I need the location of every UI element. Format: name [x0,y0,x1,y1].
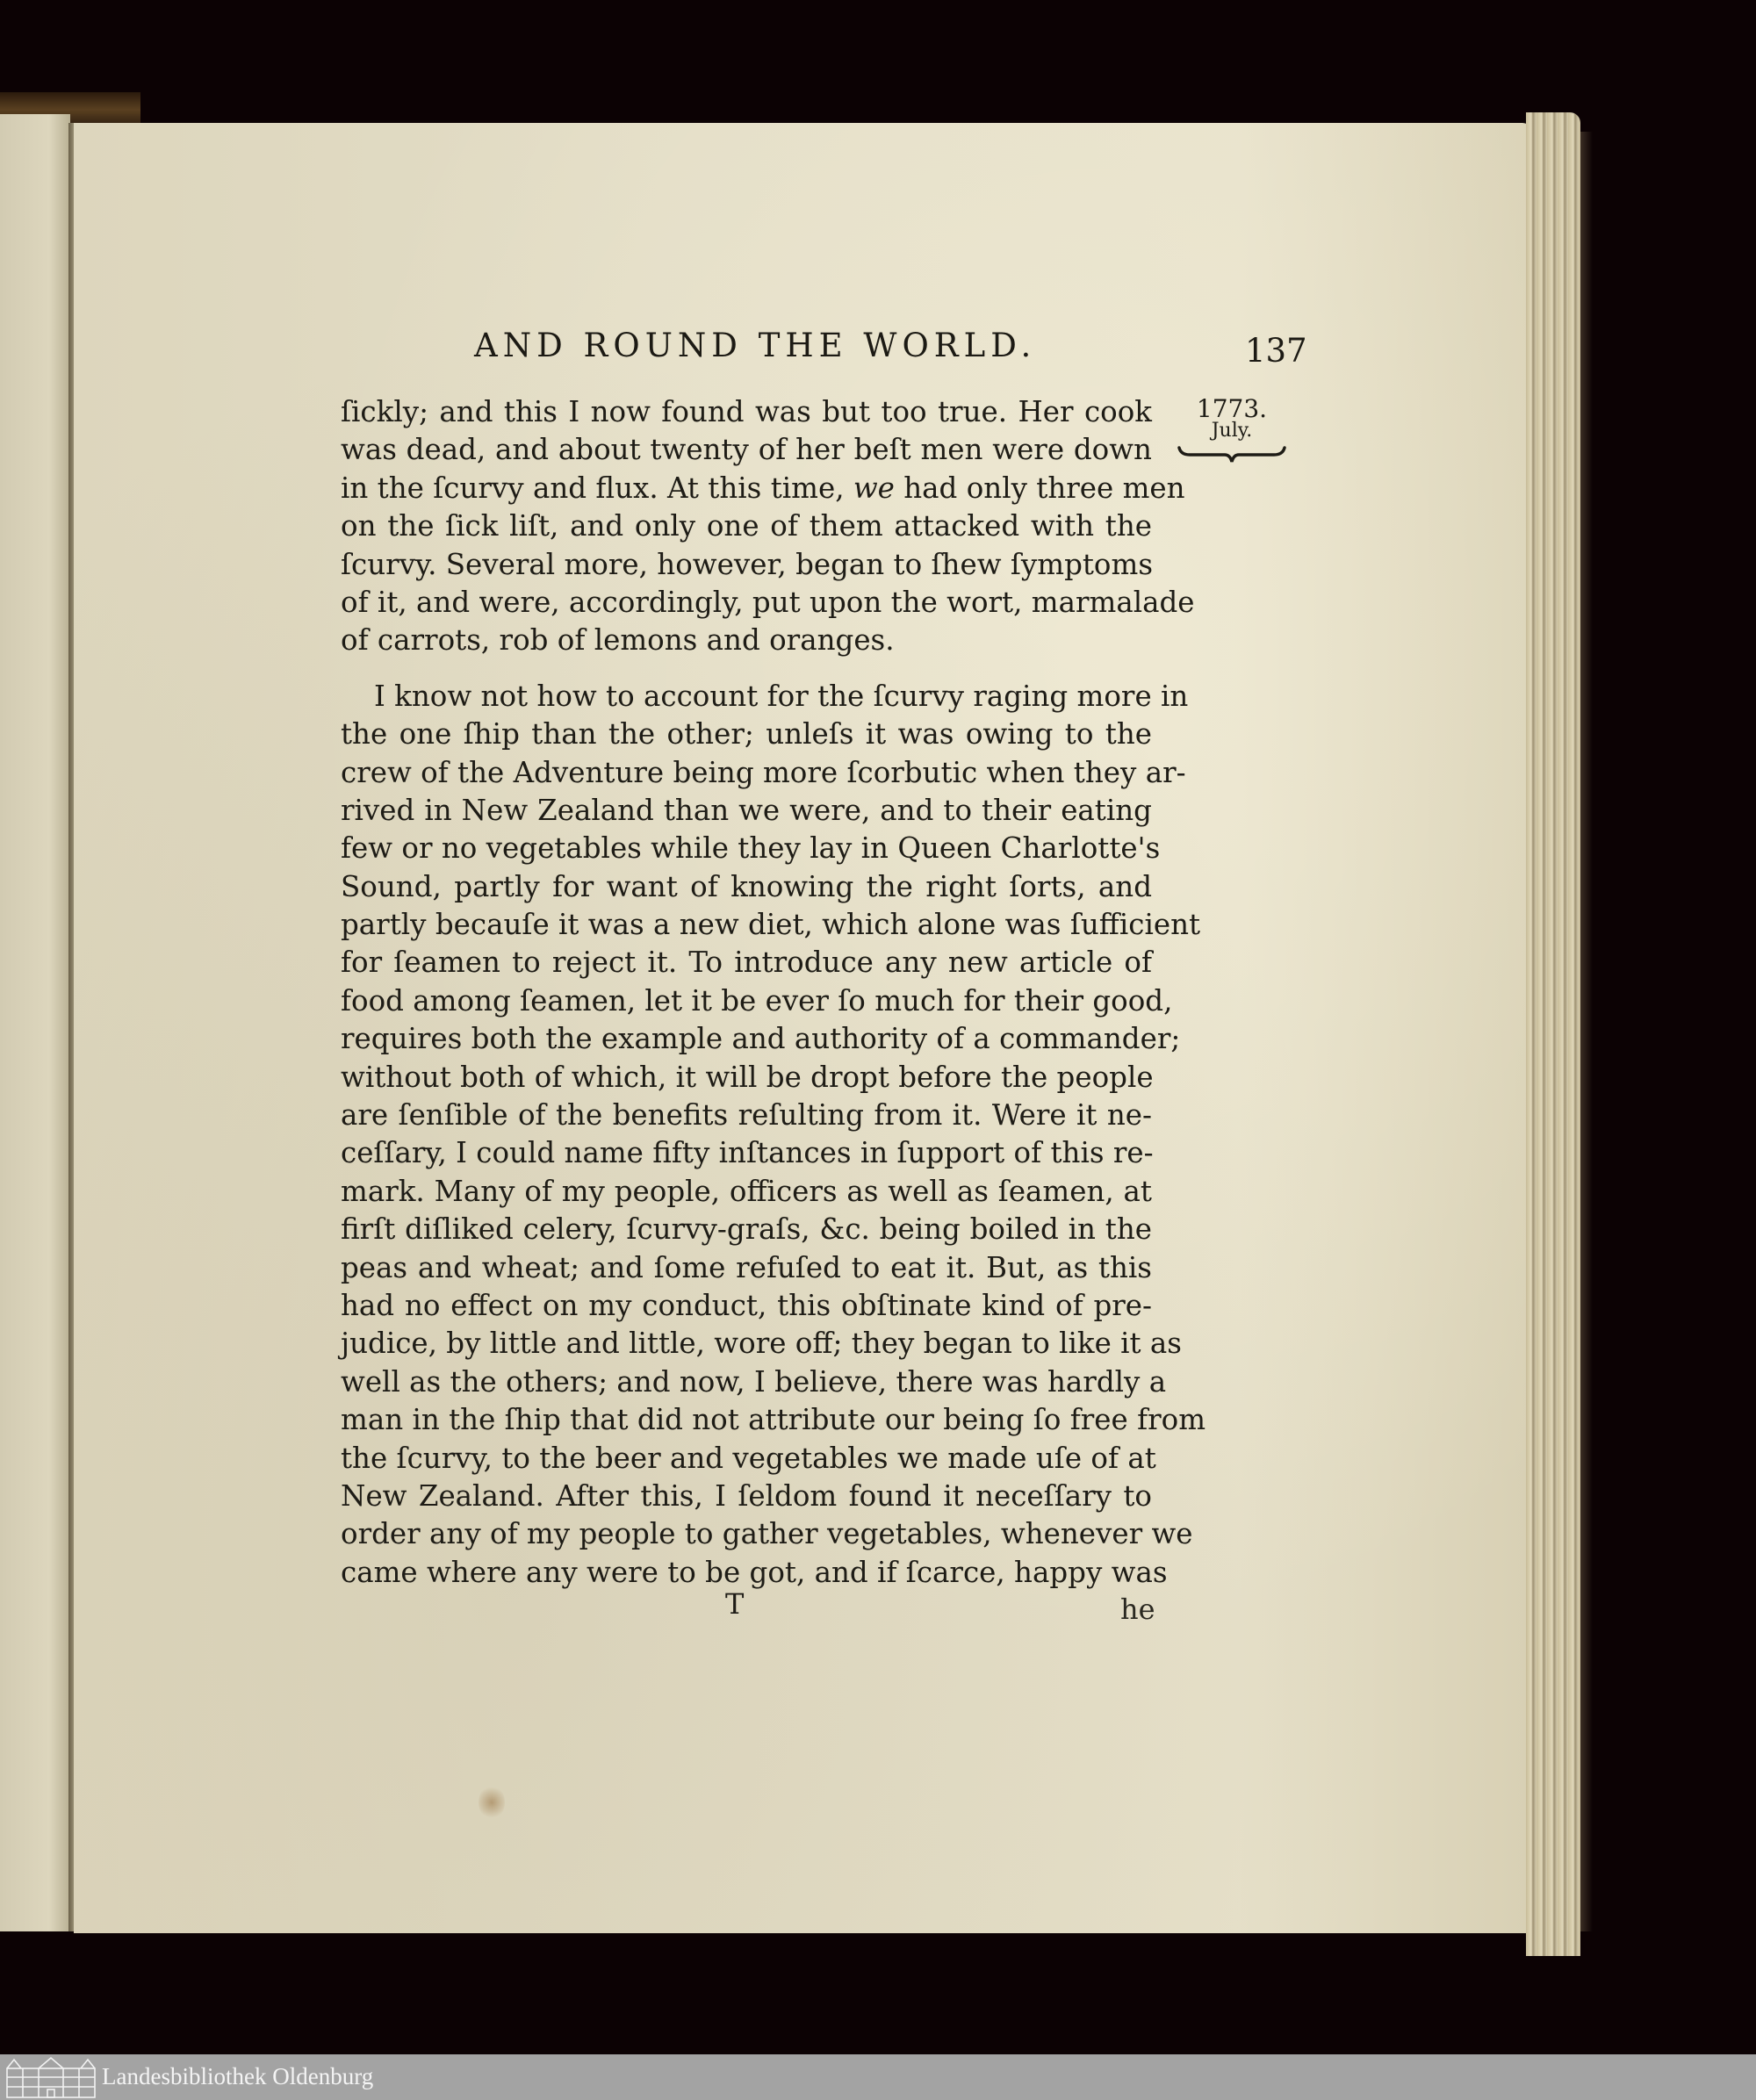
text-line: man in the ſhip that did not attribute o… [341,1401,1152,1439]
library-building-icon [5,2056,97,2098]
paragraph-gap [341,660,1152,678]
italic-word: we [853,471,895,505]
left-page-edge [0,114,70,1931]
text-line: well as the others; and now, I believe, … [341,1363,1152,1401]
text-line: of carrots, rob of lemons and oranges. [341,622,1152,659]
margin-month: July. [1175,421,1289,441]
text-line: without both of which, it will be dropt … [341,1059,1152,1097]
text-line: partly becauſe it was a new diet, which … [341,906,1152,944]
text-line: of it, and were, accordingly, put upon t… [341,584,1152,622]
text-line: for ſeamen to reject it. To introduce an… [341,944,1152,982]
text-line: ſcurvy. Several more, however, began to … [341,546,1152,584]
paper-stain [479,1785,505,1820]
text-line: crew of the Adventure being more ſcorbut… [341,754,1152,792]
text-line: ceſſary, I could name fifty inſtances in… [341,1134,1152,1172]
text-line: judice, by little and little, wore off; … [341,1325,1152,1363]
body-text: ſickly; and this I now found was but too… [341,393,1152,1592]
text-line: are ſenſible of the benefits reſulting f… [341,1097,1152,1134]
institution-name: Landesbibliothek Oldenburg [102,2063,373,2090]
text-segment: in the ſcurvy and flux. At this time, [341,471,853,505]
margin-note: 1773. July. [1175,397,1289,464]
text-line: food among ſeamen, let it be ever ſo muc… [341,982,1152,1020]
signature-mark: T [725,1587,744,1621]
text-line: I know not how to account for the ſcurvy… [341,678,1152,716]
fore-edge-shadow [1580,132,1593,1931]
margin-year: 1773. [1175,397,1289,421]
text-line: ſickly; and this I now found was but too… [341,393,1152,431]
running-head: AND ROUND THE WORLD. 137 [0,327,1756,379]
text-line: Sound, partly for want of knowing the ri… [341,868,1152,906]
text-line: was dead, and about twenty of her beſt m… [341,431,1152,469]
text-line: peas and wheat; and ſome refuſed to eat … [341,1249,1152,1287]
text-line: order any of my people to gather vegetab… [341,1515,1152,1553]
text-line: came where any were to be got, and if ſc… [341,1554,1152,1592]
paragraph-1: ſickly; and this I now found was but too… [341,393,1152,660]
text-line: mark. Many of my people, officers as wel… [341,1173,1152,1211]
page-number: 137 [1245,332,1307,370]
text-segment: had only three men [895,471,1185,505]
text-line: in the ſcurvy and flux. At this time, we… [341,470,1152,507]
text-line: New Zealand. After this, I ſeldom found … [341,1478,1152,1515]
running-title: AND ROUND THE WORLD. [474,327,1036,364]
text-line: the ſcurvy, to the beer and vegetables w… [341,1440,1152,1478]
text-line: the one ſhip than the other; unleſs it w… [341,716,1152,753]
text-line: few or no vegetables while they lay in Q… [341,830,1152,867]
text-line: had no effect on my conduct, this obſtin… [341,1287,1152,1325]
page-fore-edge [1526,112,1580,1956]
text-line: on the ſick liſt, and only one of them a… [341,507,1152,545]
text-line: requires both the example and authority … [341,1020,1152,1058]
footer-bar: Landesbibliothek Oldenburg [0,2054,1756,2100]
text-line: firſt diſliked celery, ſcurvy-graſs, &c.… [341,1211,1152,1248]
text-line: rived in New Zealand than we were, and t… [341,792,1152,830]
brace-icon [1177,444,1286,464]
catchword: he [1120,1593,1155,1626]
paragraph-2: I know not how to account for the ſcurvy… [341,678,1152,1592]
